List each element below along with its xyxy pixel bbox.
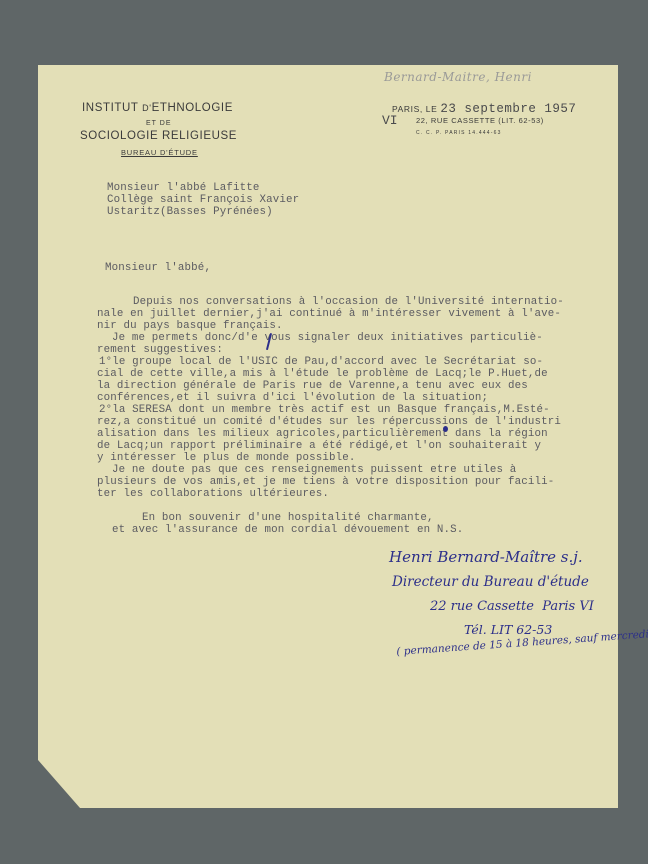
letterhead-institute: INSTITUT D'ETHNOLOGIE — [82, 102, 233, 114]
arrondissement: VI — [382, 113, 398, 128]
letter-date: 23 septembre 1957 — [440, 102, 576, 116]
letterhead-sociologie: SOCIOLOGIE RELIGIEUSE — [80, 130, 237, 142]
body-line: nale en juillet dernier,j'ai continué à … — [97, 308, 561, 320]
signature-title: Directeur du Bureau d'étude — [392, 574, 589, 590]
letterhead-ccp: C. C. P. PARIS 14.444-63 — [416, 130, 502, 136]
signature-address: 22 rue Cassette Paris VI — [430, 599, 594, 614]
letter-body: Monsieur l'abbé Lafitte Collège saint Fr… — [0, 0, 13, 108]
letterhead-word-institut: INSTITUT — [82, 102, 142, 114]
body-line: 1°le groupe local de l'USIC de Pau,d'acc… — [99, 356, 543, 368]
body-line: y intéresser le plus de monde possible. — [97, 452, 356, 464]
body-line: la direction générale de Paris rue de Va… — [97, 380, 528, 392]
recipient-line: Collège saint François Xavier — [107, 194, 299, 206]
archive-pencil-note: Bernard-Maitre, Henri — [384, 70, 532, 84]
body-line: de Lacq;un rapport préliminaire a été ré… — [97, 440, 541, 452]
body-line: et avec l'assurance de mon cordial dévou… — [112, 524, 463, 536]
body-line: rement suggestives: — [97, 344, 223, 356]
body-line: Depuis nos conversations à l'occasion de… — [133, 296, 564, 308]
place-label: PARIS, LE — [392, 104, 440, 114]
body-line: nir du pays basque français. — [97, 320, 283, 332]
body-line: Je ne doute pas que ces renseignements p… — [112, 464, 516, 476]
body-line: Je me permets donc/d'e vous signaler deu… — [112, 332, 543, 344]
ink-dot — [443, 426, 448, 432]
salutation: Monsieur l'abbé, — [105, 262, 211, 274]
body-line: plusieurs de vos amis,et je me tiens à v… — [97, 476, 554, 488]
body-line: conférences,et il suivra d'ici l'évoluti… — [97, 392, 488, 404]
body-line: En bon souvenir d'une hospitalité charma… — [142, 512, 434, 524]
body-line: rez,a constitué un comité d'études sur l… — [97, 416, 561, 428]
letterhead-word-ethnologie: ETHNOLOGIE — [152, 102, 233, 114]
letterhead-date-line: PARIS, LE 23 septembre 1957 — [392, 102, 576, 116]
letterhead-bureau: BUREAU D'ÉTUDE — [121, 148, 198, 157]
signature-phone: Tél. LIT 62-53 — [464, 622, 552, 637]
body-line: 2°la SERESA dont un membre très actif es… — [99, 404, 550, 416]
body-line: ter les collaborations ultérieures. — [97, 488, 329, 500]
signature-name: Henri Bernard-Maître s.j. — [389, 548, 583, 566]
letterhead-word-d: D' — [142, 103, 151, 113]
letterhead-et-de: ET DE — [146, 120, 172, 127]
letterhead-address: 22, RUE CASSETTE (LIT. 62-53) — [416, 116, 544, 125]
body-line: alisation dans les milieux agricoles,par… — [97, 428, 548, 440]
body-line: cial de cette ville,a mis à l'étude le p… — [97, 368, 548, 380]
recipient-line: Monsieur l'abbé Lafitte — [107, 182, 259, 194]
recipient-line: Ustaritz(Basses Pyrénées) — [107, 206, 273, 218]
